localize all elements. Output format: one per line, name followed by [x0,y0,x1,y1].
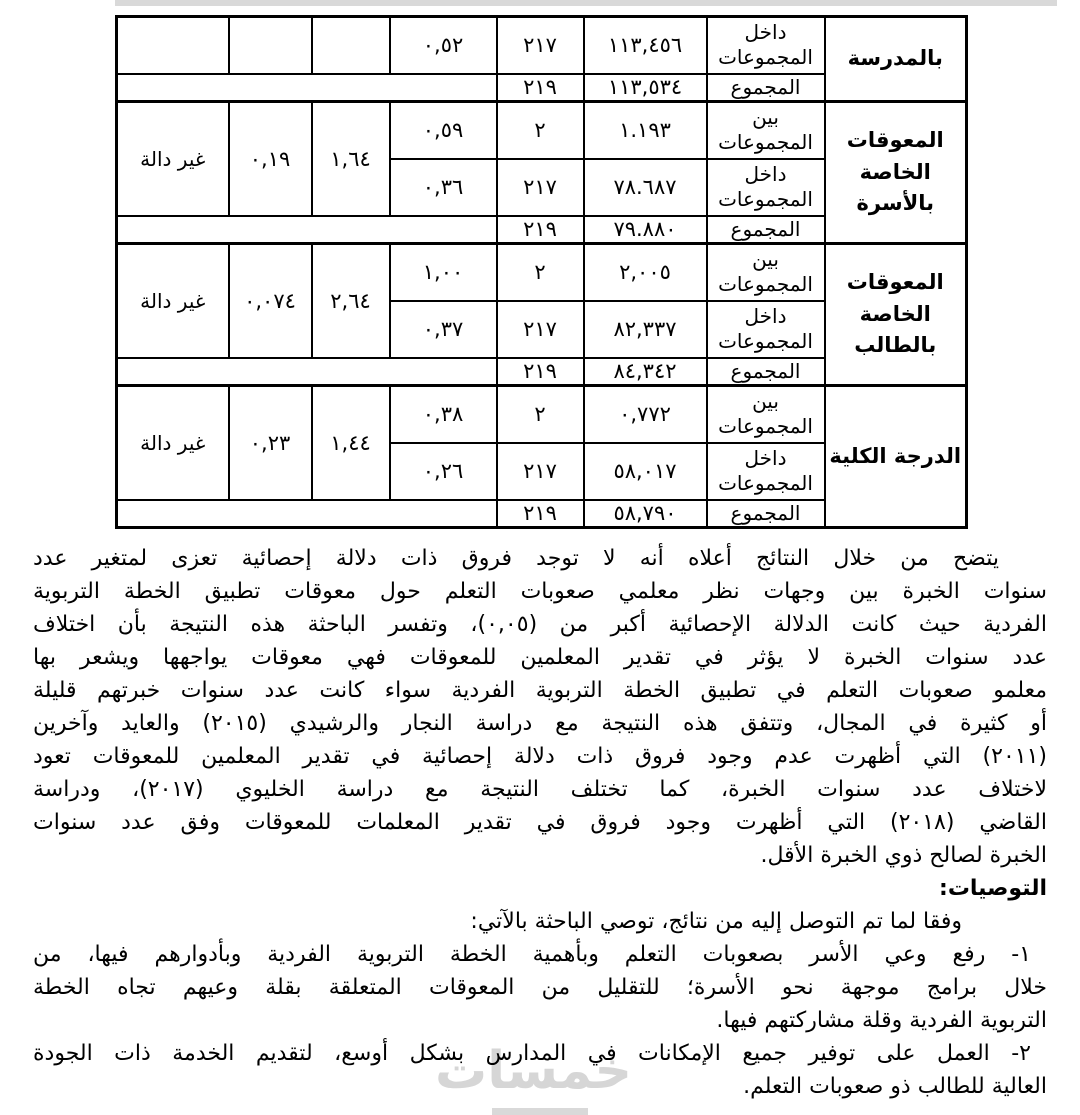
table-cell-df: ٢١٧ [497,17,584,74]
table-cell-df: ٢ [497,386,584,443]
table-row: بالمدرسة داخل المجموعات ١١٣,٤٥٦ ٢١٧ ٠,٥٢ [117,17,967,74]
table-cell-ms: ٠,٣٦ [390,159,497,216]
table-cell-ss: ٠,٧٧٢ [584,386,707,443]
recommendations-heading: التوصيات: [33,872,1047,905]
table-cell-df: ٢١٧ [497,159,584,216]
table-cell-merged-empty [117,500,497,528]
results-paragraph-line: الخبرة لصالح ذوي الخبرة الأقل. [33,839,1047,872]
table-cell-result [117,17,229,74]
results-discussion-text: يتضح من خلال النتائج أعلاه أنه لا توجد ف… [33,542,1047,1103]
table-cell-ms: ٠,٥٩ [390,102,497,159]
table-cell-df: ٢١٩ [497,216,584,244]
results-paragraph-line: الفردية حيث كانت الدلالة الإحصائية أكبر … [33,608,1047,641]
recommendation-item-line: التربوية الفردية وقلة مشاركتهم فيها. [33,1004,1047,1037]
table-cell-source: بين المجموعات [707,386,825,443]
recommendations-intro-line: وفقا لما تم التوصل إليه من نتائج، توصي ا… [33,905,1047,938]
table-cell-ms: ٠,٥٢ [390,17,497,74]
results-paragraph-line: أو كثيرة في المجال، وتتفق هذه النتيجة مع… [33,707,1047,740]
table-cell-merged-empty [117,358,497,386]
table-cell-ss: ٧٩.٨٨٠ [584,216,707,244]
table-row: المعوقات الخاصة بالطالب بين المجموعات ٢,… [117,244,967,301]
results-paragraph-line: معلمو صعوبات التعلم في تطبيق الخطة الترب… [33,674,1047,707]
table-cell-source: المجموع [707,358,825,386]
table-row: الدرجة الكلية بين المجموعات ٠,٧٧٢ ٢ ٠,٣٨… [117,386,967,443]
table-cell-result: غير دالة [117,244,229,358]
table-cell-source: داخل المجموعات [707,443,825,500]
table-row: المعوقات الخاصة بالأسرة بين المجموعات ١.… [117,102,967,159]
table-cell-ss: ٧٨.٦٨٧ [584,159,707,216]
table-cell-source: المجموع [707,500,825,528]
results-paragraph-line: لاختلاف عدد سنوات الخبرة، كما تختلف النت… [33,773,1047,806]
table-cell-variable: الدرجة الكلية [825,386,967,528]
recommendation-item-line: ١- رفع وعي الأسر بصعوبات التعلم وبأهمية … [33,938,1047,971]
table-cell-ms: ٠,٣٧ [390,301,497,358]
table-cell-f: ١,٤٤ [312,386,390,500]
table-cell-ms: ٠,٢٦ [390,443,497,500]
recommendation-item-line: ٢- العمل على توفير جميع الإمكانات في الم… [33,1037,1047,1070]
table-cell-f: ١,٦٤ [312,102,390,216]
table-cell-ss: ٥٨,٠١٧ [584,443,707,500]
table-cell-ss: ٨٤,٣٤٢ [584,358,707,386]
table-cell-source: المجموع [707,216,825,244]
table-cell-ms: ٠,٣٨ [390,386,497,443]
table-cell-sig: ٠,٢٣ [229,386,312,500]
recommendation-item-line: العالية للطالب ذو صعوبات التعلم. [33,1070,1047,1103]
cutoff-row-strip [115,0,1057,6]
table-cell-source: بين المجموعات [707,102,825,159]
recommendation-item-line: خلال برامج موجهة نحو الأسرة؛ للتقليل من … [33,971,1047,1004]
table-cell-df: ٢١٧ [497,301,584,358]
table-cell-ss: ١.١٩٣ [584,102,707,159]
table-cell-source: بين المجموعات [707,244,825,301]
results-paragraph-line: القاضي (٢٠١٨) التي أظهرت وجود فروق في تق… [33,806,1047,839]
table-cell-result: غير دالة [117,102,229,216]
table-cell-source: داخل المجموعات [707,159,825,216]
table-cell-df: ٢ [497,244,584,301]
table-cell-source: داخل المجموعات [707,301,825,358]
table-cell-source: المجموع [707,74,825,102]
table-cell-merged-empty [117,216,497,244]
cutoff-watermark-strip [492,1108,588,1115]
anova-results-table: بالمدرسة داخل المجموعات ١١٣,٤٥٦ ٢١٧ ٠,٥٢… [115,15,968,529]
results-paragraph-line: عدد سنوات الخبرة لا يؤثر في تقدير المعلم… [33,641,1047,674]
table-cell-sig: ٠,٠٧٤ [229,244,312,358]
table-cell-ss: ١١٣,٥٣٤ [584,74,707,102]
table-cell-df: ٢١٩ [497,500,584,528]
table-cell-merged-empty [117,74,497,102]
table-cell-ss: ٥٨,٧٩٠ [584,500,707,528]
table-cell-variable: المعوقات الخاصة بالطالب [825,244,967,386]
table-cell-df: ٢١٧ [497,443,584,500]
table-cell-f [312,17,390,74]
table-cell-sig: ٠,١٩ [229,102,312,216]
table-cell-ss: ٢,٠٠٥ [584,244,707,301]
table-cell-df: ٢١٩ [497,358,584,386]
results-paragraph-line: (٢٠١١) التي أظهرت عدم وجود فروق ذات دلال… [33,740,1047,773]
table-cell-sig [229,17,312,74]
table-cell-df: ٢١٩ [497,74,584,102]
results-paragraph-line: يتضح من خلال النتائج أعلاه أنه لا توجد ف… [33,542,1047,575]
table-cell-ss: ١١٣,٤٥٦ [584,17,707,74]
table-cell-variable: المعوقات الخاصة بالأسرة [825,102,967,244]
table-cell-ms: ١,٠٠ [390,244,497,301]
table-cell-ss: ٨٢,٣٣٧ [584,301,707,358]
table-cell-source: داخل المجموعات [707,17,825,74]
document-page: { "colors":{ "text":"#000000", "backgrou… [0,0,1080,1115]
table-cell-f: ٢,٦٤ [312,244,390,358]
table-cell-variable: بالمدرسة [825,17,967,102]
table-cell-result: غير دالة [117,386,229,500]
results-paragraph-line: سنوات الخبرة بين وجهات نظر معلمي صعوبات … [33,575,1047,608]
table-cell-df: ٢ [497,102,584,159]
